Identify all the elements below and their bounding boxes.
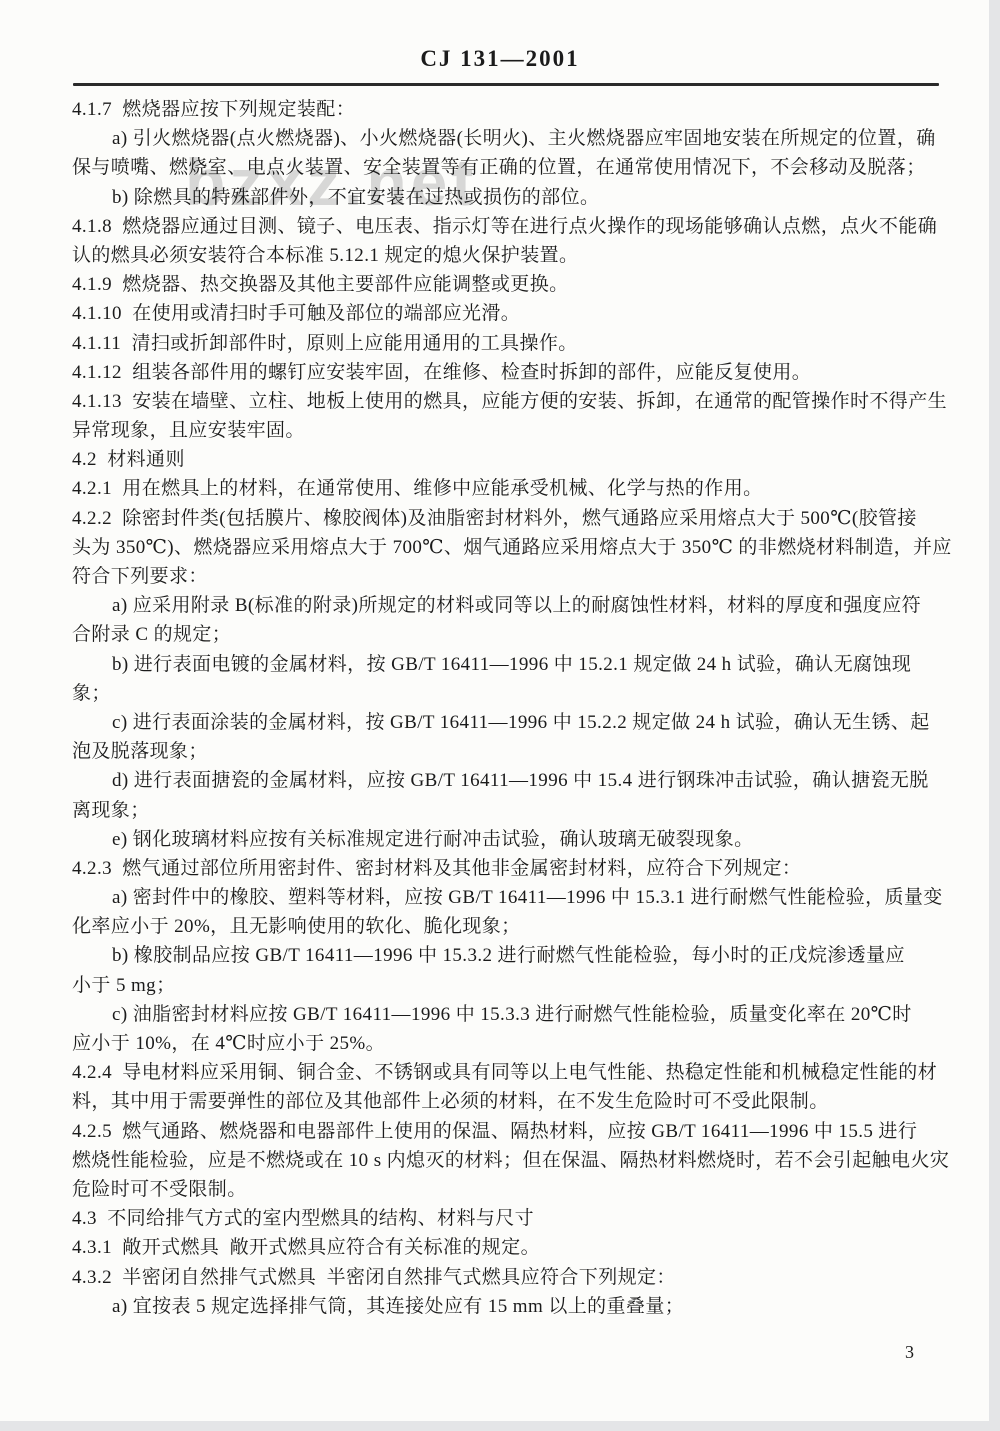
text-line: a) 引火燃烧器(点火燃烧器)、小火燃烧器(长明火)、主火燃烧器应牢固地安装在所…	[72, 124, 944, 153]
text-line: 认的燃具必须安装符合本标准 5.12.1 规定的熄火保护装置。	[72, 241, 944, 270]
text-line: 危险时可不受限制。	[72, 1175, 944, 1204]
text-line: 4.1.9 燃烧器、热交换器及其他主要部件应能调整或更换。	[72, 270, 944, 299]
text-line: 4.1.7 燃烧器应按下列规定装配：	[72, 95, 944, 124]
text-line: d) 进行表面搪瓷的金属材料，应按 GB/T 16411—1996 中 15.4…	[72, 766, 944, 795]
text-line: 应小于 10%，在 4℃时应小于 25%。	[72, 1029, 944, 1058]
text-line: 4.1.13 安装在墙壁、立柱、地板上使用的燃具，应能方便的安装、拆卸，在通常的…	[72, 387, 944, 416]
document-page: CJ 131—2001 bzxz.net 4.1.7 燃烧器应按下列规定装配：a…	[0, 0, 1000, 1431]
page-number: 3	[905, 1342, 914, 1363]
text-line: 4.3.2 半密闭自然排气式燃具 半密闭自然排气式燃具应符合下列规定：	[72, 1263, 944, 1292]
text-line: 4.1.10 在使用或清扫时手可触及部位的端部应光滑。	[72, 299, 944, 328]
text-line: 4.2.4 导电材料应采用铜、铜合金、不锈钢或具有同等以上电气性能、热稳定性能和…	[72, 1058, 944, 1087]
text-line: 4.3 不同给排气方式的室内型燃具的结构、材料与尺寸	[72, 1204, 944, 1233]
text-line: 象；	[72, 679, 944, 708]
text-line: e) 钢化玻璃材料应按有关标准规定进行耐冲击试验，确认玻璃无破裂现象。	[72, 825, 944, 854]
text-line: 4.2.3 燃气通过部位所用密封件、密封材料及其他非金属密封材料，应符合下列规定…	[72, 854, 944, 883]
text-line: c) 油脂密封材料应按 GB/T 16411—1996 中 15.3.3 进行耐…	[72, 1000, 944, 1029]
scan-edge-right	[989, 0, 1000, 1431]
scan-edge-bottom	[0, 1421, 1000, 1431]
text-line: 异常现象，且应安装牢固。	[72, 416, 944, 445]
text-line: 燃烧性能检验，应是不燃烧或在 10 s 内熄灭的材料；但在保温、隔热材料燃烧时，…	[72, 1146, 944, 1175]
text-line: a) 密封件中的橡胶、塑料等材料，应按 GB/T 16411—1996 中 15…	[72, 883, 944, 912]
text-line: a) 应采用附录 B(标准的附录)所规定的材料或同等以上的耐腐蚀性材料，材料的厚…	[72, 591, 944, 620]
text-line: a) 宜按表 5 规定选择排气筒，其连接处应有 15 mm 以上的重叠量；	[72, 1292, 944, 1321]
text-line: 泡及脱落现象；	[72, 737, 944, 766]
text-line: 头为 350℃)、燃烧器应采用熔点大于 700℃、烟气通路应采用熔点大于 350…	[72, 533, 944, 562]
text-line: 离现象；	[72, 796, 944, 825]
text-line: 4.1.8 燃烧器应通过目测、镜子、电压表、指示灯等在进行点火操作的现场能够确认…	[72, 212, 944, 241]
text-line: 料，其中用于需要弹性的部位及其他部件上必须的材料，在不发生危险时可不受此限制。	[72, 1087, 944, 1116]
text-line: 符合下列要求：	[72, 562, 944, 591]
standard-code: CJ 131—2001	[0, 46, 1000, 72]
text-line: 小于 5 mg；	[72, 971, 944, 1000]
text-line: b) 除燃具的特殊部件外，不宜安装在过热或损伤的部位。	[72, 183, 944, 212]
text-line: 4.2.2 除密封件类(包括膜片、橡胶阀体)及油脂密封材料外，燃气通路应采用熔点…	[72, 504, 944, 533]
text-line: 4.3.1 敞开式燃具 敞开式燃具应符合有关标准的规定。	[72, 1233, 944, 1262]
document-body: 4.1.7 燃烧器应按下列规定装配：a) 引火燃烧器(点火燃烧器)、小火燃烧器(…	[72, 95, 944, 1321]
header-rule	[73, 83, 939, 86]
text-line: b) 橡胶制品应按 GB/T 16411—1996 中 15.3.2 进行耐燃气…	[72, 941, 944, 970]
text-line: 4.1.11 清扫或折卸部件时，原则上应能用通用的工具操作。	[72, 329, 944, 358]
text-line: 4.2 材料通则	[72, 445, 944, 474]
text-line: b) 进行表面电镀的金属材料，按 GB/T 16411—1996 中 15.2.…	[72, 650, 944, 679]
text-line: 保与喷嘴、燃烧室、电点火装置、安全装置等有正确的位置，在通常使用情况下，不会移动…	[72, 153, 944, 182]
text-line: 合附录 C 的规定；	[72, 620, 944, 649]
text-line: 化率应小于 20%，且无影响使用的软化、脆化现象；	[72, 912, 944, 941]
text-line: 4.1.12 组装各部件用的螺钉应安装牢固，在维修、检查时拆卸的部件，应能反复使…	[72, 358, 944, 387]
text-line: 4.2.5 燃气通路、燃烧器和电器部件上使用的保温、隔热材料，应按 GB/T 1…	[72, 1117, 944, 1146]
text-line: c) 进行表面涂装的金属材料，按 GB/T 16411—1996 中 15.2.…	[72, 708, 944, 737]
text-line: 4.2.1 用在燃具上的材料，在通常使用、维修中应能承受机械、化学与热的作用。	[72, 474, 944, 503]
